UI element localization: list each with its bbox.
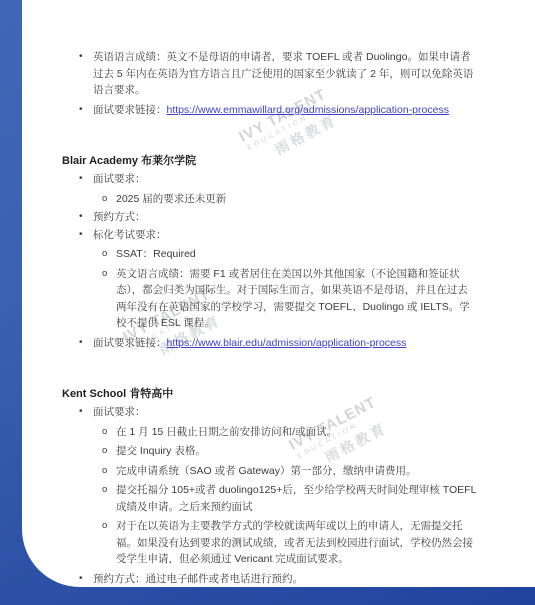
- school-title: Blair Academy 布莱尔学院: [62, 153, 478, 170]
- list-item: • 预约方式：通过电子邮件或者电话进行预约。: [62, 571, 478, 588]
- list-item: • 预约方式：: [62, 209, 478, 226]
- bullet-icon: •: [79, 49, 93, 66]
- list-item-text: 2025 届的要求还未更新: [116, 191, 478, 208]
- section-kent-school: Kent School 肯特高中 • 面试要求： o 在 1 月 15 日截止日…: [62, 386, 478, 587]
- link-label: 面试要求链接：: [93, 104, 167, 116]
- bullet-icon: •: [79, 209, 93, 226]
- bullet-icon: o: [102, 518, 116, 535]
- section-emma-willard: • 英语语言成绩：英文不是母语的申请者，要求 TOEFL 或者 Duolingo…: [62, 49, 478, 118]
- bullet-icon: •: [79, 171, 93, 188]
- list-item: o 完成申请系统（SAO 或者 Gateway）第一部分，缴纳申请费用。: [62, 463, 478, 480]
- bullet-icon: •: [79, 102, 93, 119]
- list-item-text: SSAT：Required: [116, 246, 478, 263]
- bullet-icon: •: [79, 227, 93, 244]
- bullet-icon: •: [79, 404, 93, 421]
- bullet-icon: o: [102, 424, 116, 441]
- list-item-text: 面试要求：: [93, 404, 478, 421]
- list-item-text: 完成申请系统（SAO 或者 Gateway）第一部分，缴纳申请费用。: [116, 463, 478, 480]
- list-item: o 英文语言成绩：需要 F1 或者居住在美国以外其他国家（不论国籍和签证状态），…: [62, 266, 478, 332]
- bullet-icon: •: [79, 571, 93, 588]
- list-item-text: 面试要求链接：https://www.blair.edu/admission/a…: [93, 335, 478, 352]
- list-item-text: 预约方式：: [93, 209, 478, 226]
- bullet-icon: •: [79, 335, 93, 352]
- list-item: • 面试要求链接：https://www.blair.edu/admission…: [62, 335, 478, 352]
- bullet-icon: o: [102, 443, 116, 460]
- bullet-icon: o: [102, 266, 116, 283]
- list-item-text: 标化考试要求：: [93, 227, 478, 244]
- blair-application-link[interactable]: https://www.blair.edu/admission/applicat…: [167, 337, 407, 349]
- document-text: • 英语语言成绩：英文不是母语的申请者，要求 TOEFL 或者 Duolingo…: [62, 49, 478, 587]
- list-item-text: 面试要求链接：https://www.emmawillard.org/admis…: [93, 102, 478, 119]
- list-item-text: 在 1 月 15 日截止日期之前安排访问和/或面试。: [116, 424, 478, 441]
- bullet-icon: o: [102, 191, 116, 208]
- list-item-text: 英文语言成绩：需要 F1 或者居住在美国以外其他国家（不论国籍和签证状态），都会…: [116, 266, 478, 332]
- list-item: o 提交 Inquiry 表格。: [62, 443, 478, 460]
- list-item: o SSAT：Required: [62, 246, 478, 263]
- list-item: o 2025 届的要求还未更新: [62, 191, 478, 208]
- list-item: • 面试要求链接：https://www.emmawillard.org/adm…: [62, 102, 478, 119]
- list-item: • 面试要求：: [62, 171, 478, 188]
- link-label: 面试要求链接：: [93, 337, 167, 349]
- emmawillard-application-link[interactable]: https://www.emmawillard.org/admissions/a…: [167, 104, 449, 116]
- list-item: • 标化考试要求：: [62, 227, 478, 244]
- list-item-text: 对于在以英语为主要教学方式的学校就读两年或以上的申请人，无需提交托福。如果没有达…: [116, 518, 478, 568]
- list-item-text: 提交托福分 105+或者 duolingo125+后，至少给学校两天时间处理审核…: [116, 482, 478, 515]
- list-item: o 在 1 月 15 日截止日期之前安排访问和/或面试。: [62, 424, 478, 441]
- list-item-text: 英语语言成绩：英文不是母语的申请者，要求 TOEFL 或者 Duolingo。如…: [93, 49, 478, 99]
- bullet-icon: o: [102, 246, 116, 263]
- list-item: • 英语语言成绩：英文不是母语的申请者，要求 TOEFL 或者 Duolingo…: [62, 49, 478, 99]
- school-title: Kent School 肯特高中: [62, 386, 478, 403]
- list-item: o 提交托福分 105+或者 duolingo125+后，至少给学校两天时间处理…: [62, 482, 478, 515]
- section-blair-academy: Blair Academy 布莱尔学院 • 面试要求： o 2025 届的要求还…: [62, 153, 478, 351]
- list-item: • 面试要求：: [62, 404, 478, 421]
- list-item-text: 提交 Inquiry 表格。: [116, 443, 478, 460]
- bullet-icon: o: [102, 482, 116, 499]
- list-item-text: 预约方式：通过电子邮件或者电话进行预约。: [93, 571, 478, 588]
- list-item: o 对于在以英语为主要教学方式的学校就读两年或以上的申请人，无需提交托福。如果没…: [62, 518, 478, 568]
- content-area: IVY TALENT EDUCATION 雨格教育 IVY TALENT EDU…: [22, 0, 535, 587]
- list-item-text: 面试要求：: [93, 171, 478, 188]
- bullet-icon: o: [102, 463, 116, 480]
- document-page: IVY TALENT EDUCATION 雨格教育 IVY TALENT EDU…: [0, 0, 535, 605]
